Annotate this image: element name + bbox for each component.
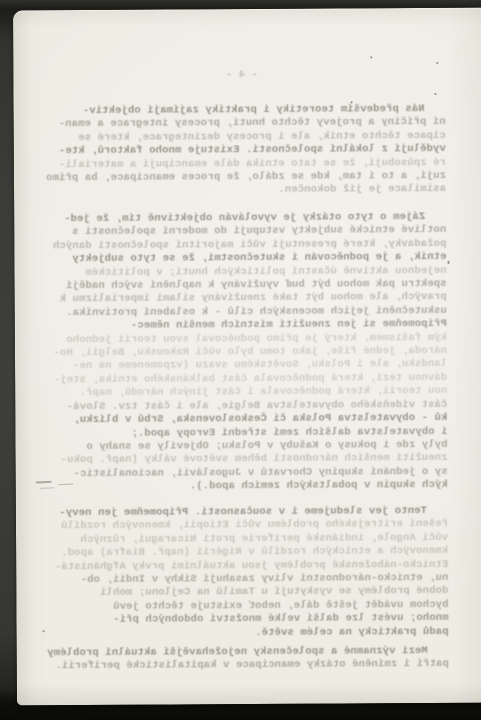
text-line: asimilace je již dokončen.	[39, 183, 446, 199]
paragraph: Zájem o tyto otázky je vyvoláván objekti…	[39, 211, 448, 495]
paragraph: Nás především teoretiky i praktiky zajím…	[39, 103, 447, 199]
text-line: patří i zmíněné otázky emancipace v kapi…	[42, 658, 449, 674]
dust-speck	[370, 56, 372, 58]
dust-speck	[434, 93, 436, 95]
dust-speck	[447, 261, 449, 264]
paragraph: Tento jev sledujeme i v současnosti. Při…	[41, 505, 449, 641]
page-number: - 4 -	[38, 68, 445, 82]
text-line: padů prakticky na celém světě.	[42, 626, 449, 642]
mirrored-showthrough-text: - 4 - Nás především teoretiky i praktiky…	[38, 8, 449, 705]
scanned-page-photo: - 4 - Nás především teoretiky i praktiky…	[0, 0, 481, 720]
dust-speck	[351, 101, 353, 103]
dust-speck	[436, 62, 438, 64]
paper-sheet: - 4 - Nás především teoretiky i praktiky…	[13, 8, 481, 706]
paragraph: Mezi významné a společensky nejožehavějš…	[42, 645, 449, 674]
dust-speck	[43, 630, 45, 632]
text-line: kých skupin v pobaltských zemích apod.).	[41, 479, 448, 495]
